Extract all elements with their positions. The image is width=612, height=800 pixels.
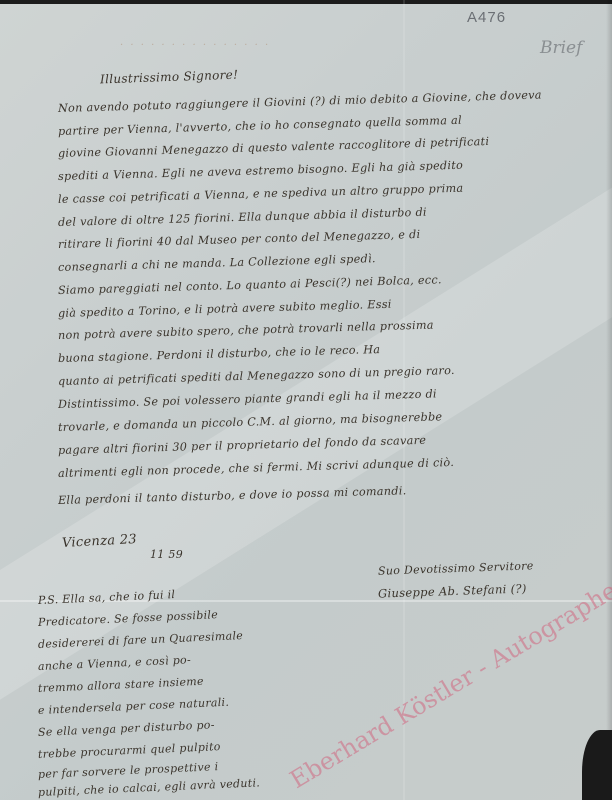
paper-edge-shadow bbox=[606, 0, 612, 800]
date-numbers: 11 59 bbox=[150, 548, 183, 561]
faded-letterhead: · · · · · · · · · · · · · · · bbox=[120, 40, 270, 51]
postscript-line: e intendersela per cose naturali. bbox=[38, 696, 230, 717]
closing: Suo Devotissimo Servitore bbox=[378, 559, 534, 577]
body-line: ritirare li fiorini 40 dal Museo per con… bbox=[58, 228, 421, 251]
body-line: già spedito a Torino, e li potrà avere s… bbox=[58, 298, 392, 320]
body-line: Non avendo potuto raggiungere il Giovini… bbox=[58, 88, 542, 115]
letter-page: A476 Brief · · · · · · · · · · · · · · ·… bbox=[0, 0, 612, 800]
salutation: Illustrissimo Signore! bbox=[100, 68, 239, 87]
body-line: partire per Vienna, l'avverto, che io ho… bbox=[58, 114, 462, 138]
postscript-line: tremmo allora stare insieme bbox=[38, 675, 204, 695]
body-line: consegnarli a chi ne manda. La Collezion… bbox=[58, 252, 376, 274]
postscript-line: Se ella venga per disturbo po- bbox=[38, 718, 215, 739]
dealer-watermark: Eberhard Köstler - Autographen & Bücher bbox=[285, 504, 612, 794]
signature: Giuseppe Ab. Stefani (?) bbox=[378, 581, 527, 600]
body-line: del valore di oltre 125 fiorini. Ella du… bbox=[58, 206, 427, 229]
postscript-line: trebbe procurarmi quel pulpito bbox=[38, 740, 221, 761]
scan-top-edge bbox=[0, 0, 612, 4]
archive-note: Brief bbox=[540, 38, 582, 58]
body-line: Siamo pareggiati nel conto. Lo quanto ai… bbox=[58, 273, 442, 297]
postscript-line: per far sorvere le prospettive i bbox=[38, 760, 219, 781]
postscript-line: pulpiti, che io calcai, egli avrà veduti… bbox=[38, 776, 261, 799]
body-line: giovine Giovanni Menegazzo di questo val… bbox=[58, 135, 490, 160]
corner-stain bbox=[582, 730, 612, 800]
archive-number: A476 bbox=[467, 9, 506, 26]
